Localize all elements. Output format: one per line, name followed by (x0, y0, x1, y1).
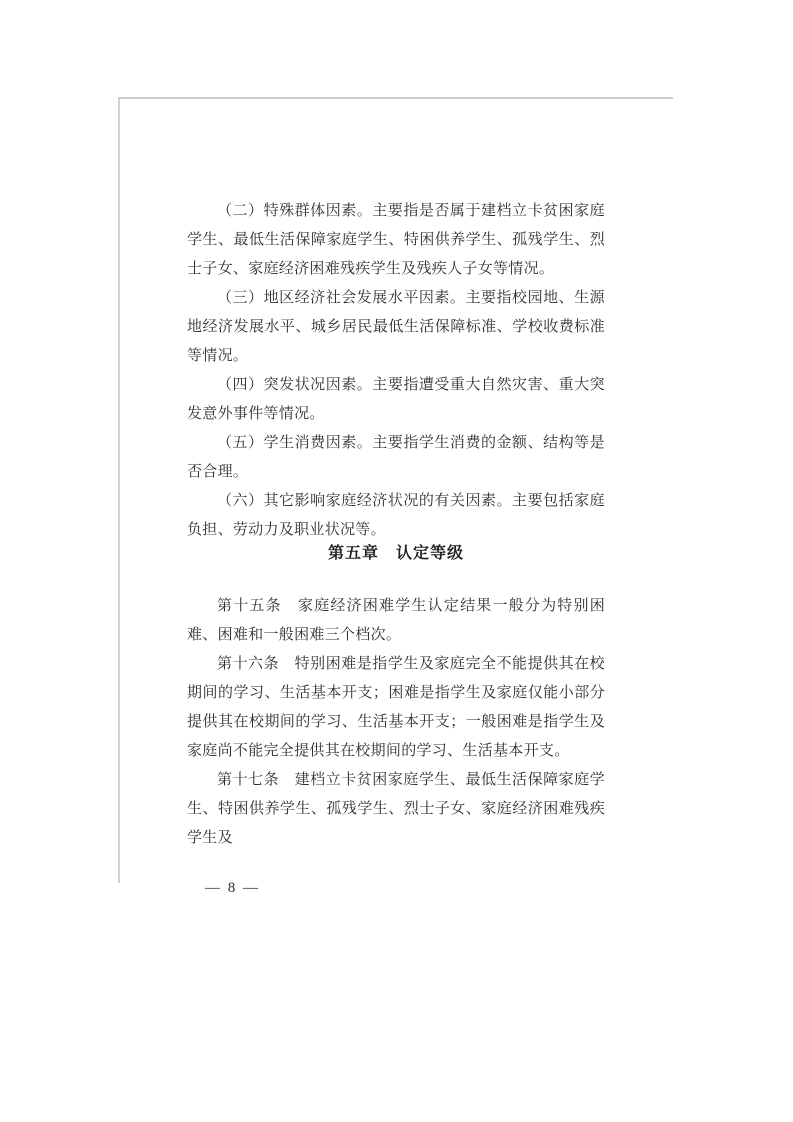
body-paragraph-clause-3: （三）地区经济社会发展水平因素。主要指校园地、生源地经济发展水平、城乡居民最低生… (187, 284, 605, 371)
document-page: （二）特殊群体因素。主要指是否属于建档立卡贫困家庭学生、最低生活保障家庭学生、特… (118, 97, 673, 883)
page-content: （二）特殊群体因素。主要指是否属于建档立卡贫困家庭学生、最低生活保障家庭学生、特… (187, 197, 605, 903)
body-paragraph-article-17: 第十七条 建档立卡贫困家庭学生、最低生活保障家庭学生、特困供养学生、孤残学生、烈… (187, 766, 605, 853)
document-viewer-background: （二）特殊群体因素。主要指是否属于建档立卡贫困家庭学生、最低生活保障家庭学生、特… (0, 0, 793, 1122)
body-paragraph-article-15: 第十五条 家庭经济困难学生认定结果一般分为特别困难、困难和一般困难三个档次。 (187, 592, 605, 650)
body-paragraph-clause-2: （二）特殊群体因素。主要指是否属于建档立卡贫困家庭学生、最低生活保障家庭学生、特… (187, 197, 605, 284)
body-paragraph-clause-4: （四）突发状况因素。主要指遭受重大自然灾害、重大突发意外事件等情况。 (187, 371, 605, 429)
body-paragraph-clause-5: （五）学生消费因素。主要指学生消费的金额、结构等是否合理。 (187, 429, 605, 487)
body-paragraph-article-16: 第十六条 特别困难是指学生及家庭完全不能提供其在校期间的学习、生活基本开支；困难… (187, 650, 605, 766)
page-number: — 8 — (187, 874, 605, 903)
body-paragraph-clause-6: （六）其它影响家庭经济状况的有关因素。主要包括家庭负担、劳动力及职业状况等。 (187, 487, 605, 545)
